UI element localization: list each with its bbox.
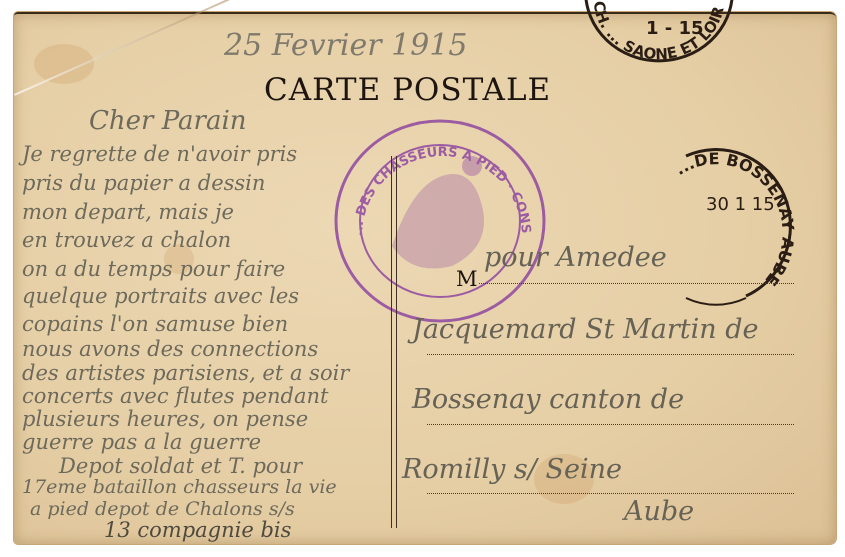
military-seal: ... DES CHASSEURS A PIED · CONSEIL D'ADM… bbox=[332, 116, 548, 326]
address-line bbox=[427, 354, 794, 355]
address-line bbox=[427, 493, 794, 494]
postcard: 25 Fevrier 1915 CARTE POSTALE CH. ... SA… bbox=[14, 12, 836, 544]
message-line: 13 compagnie bis bbox=[104, 518, 291, 542]
message-line: Je regrette de n'avoir pris bbox=[22, 142, 297, 166]
message-line: Depot soldat et T. pour bbox=[59, 454, 302, 478]
address-name: pour Amedee bbox=[484, 242, 667, 273]
address-line-text: Jacquemard St Martin de bbox=[412, 314, 758, 345]
message-line: pris du papier a dessin bbox=[22, 171, 265, 195]
address-line-text: Bossenay canton de bbox=[412, 384, 684, 415]
address-line bbox=[427, 424, 794, 425]
svg-text:1 - 15: 1 - 15 bbox=[646, 18, 704, 39]
message-line: guerre pas a la guerre bbox=[22, 430, 261, 454]
handwritten-date: 25 Fevrier 1915 bbox=[224, 28, 468, 63]
svg-text:...DE BOSSENAY AUBE: ...DE BOSSENAY AUBE bbox=[671, 149, 797, 289]
postmark-top-right: CH. ... SAONE ET LOIR 1 - 15 bbox=[574, 0, 744, 104]
postmark-bossenay: ...DE BOSSENAY AUBE 30 1 15 bbox=[646, 148, 798, 304]
message-line: quelque portraits avec les bbox=[22, 284, 299, 308]
message-line: copains l'on samuse bien bbox=[22, 312, 288, 336]
address-prefix: M bbox=[456, 267, 478, 291]
header-title: CARTE POSTALE bbox=[264, 72, 551, 108]
message-line: en trouvez a chalon bbox=[22, 228, 231, 252]
message-line: plusieurs heures, on pense bbox=[22, 407, 308, 431]
address-line-text: Romilly s/ Seine bbox=[402, 454, 622, 485]
message-line: a pied depot de Chalons s/s bbox=[30, 498, 295, 520]
message-line: nous avons des connections bbox=[22, 337, 318, 361]
message-line: des artistes parisiens, et a soir bbox=[22, 361, 349, 385]
address-line-text: Aube bbox=[624, 496, 694, 527]
address-line bbox=[479, 283, 794, 284]
message-line: 17eme bataillon chasseurs la vie bbox=[22, 476, 337, 498]
message-line: mon depart, mais je bbox=[22, 200, 234, 224]
message-line: on a du temps pour faire bbox=[22, 257, 285, 281]
divider-line bbox=[391, 156, 397, 528]
message-line: Cher Parain bbox=[89, 106, 247, 136]
message-line: concerts avec flutes pendant bbox=[22, 384, 328, 408]
svg-text:30 1 15: 30 1 15 bbox=[706, 194, 775, 215]
